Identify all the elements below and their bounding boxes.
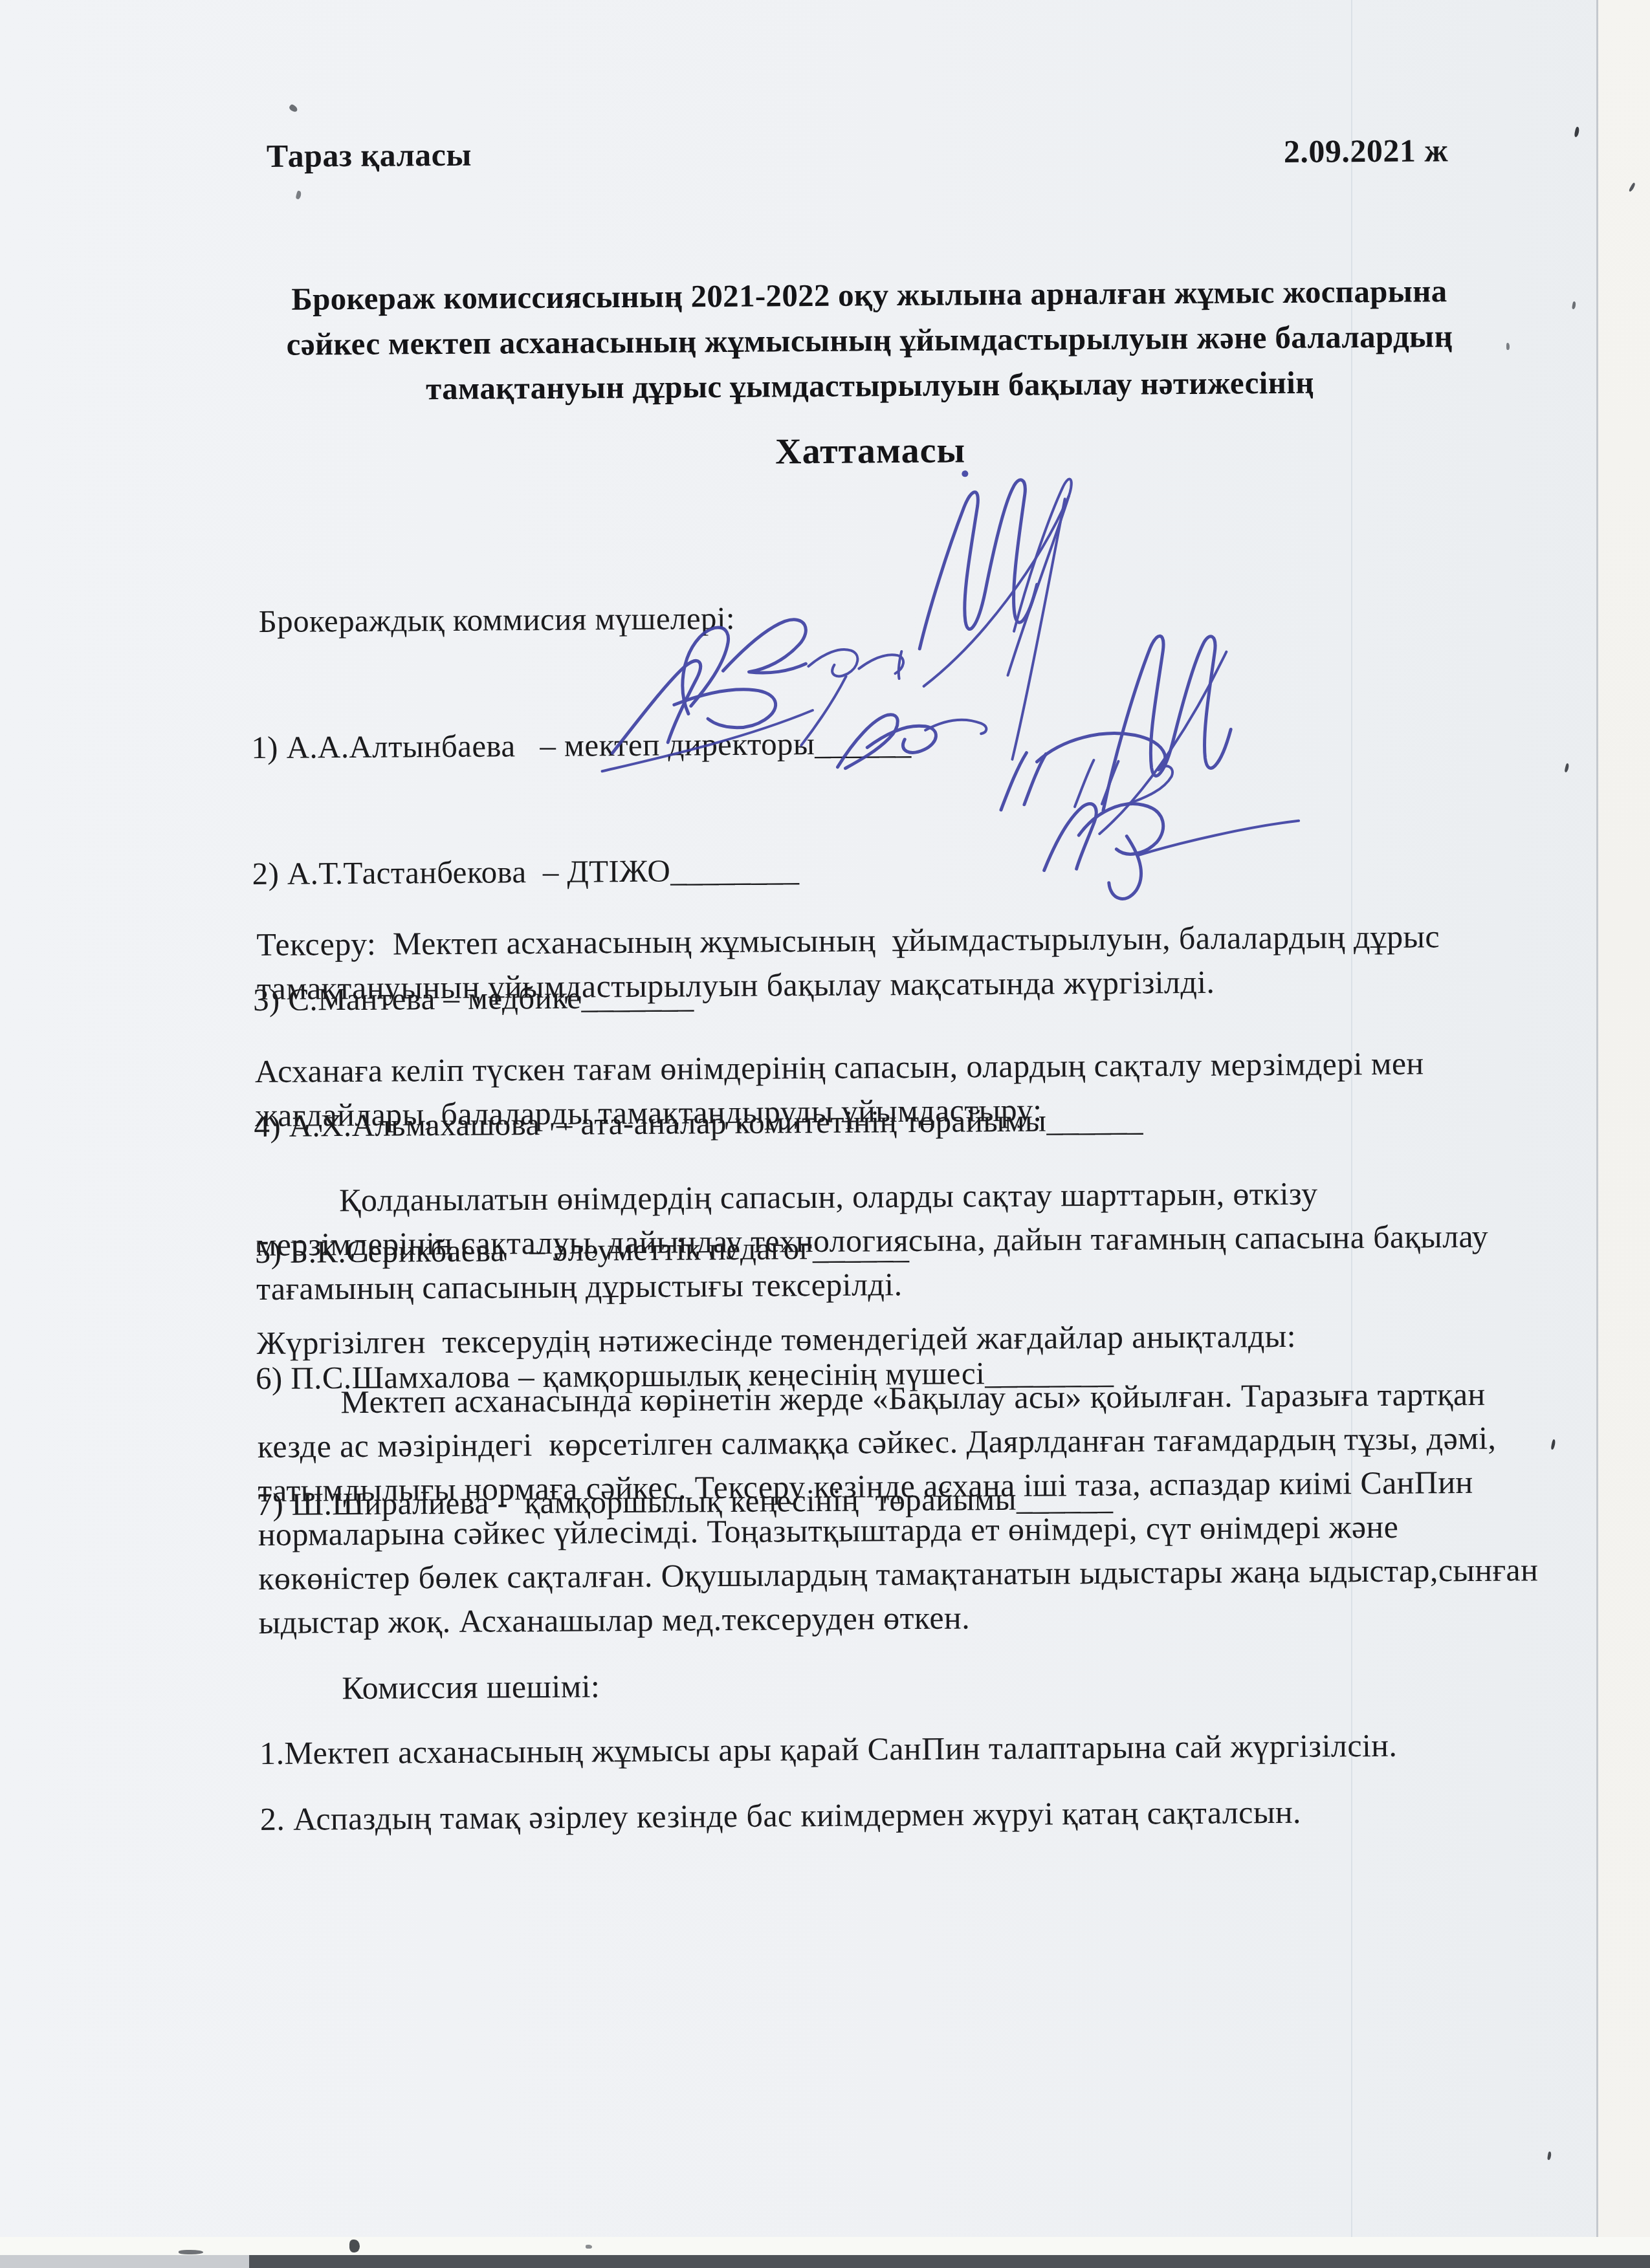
ink-dot (962, 470, 968, 477)
paragraph-result-intro: Жүргізілген тексерудің нәтижесінде төмен… (256, 1314, 1296, 1365)
member-line-altynbaeva: 1) А.А.Алтынбаева – мектеп директоры____… (251, 720, 1141, 769)
decision-heading: Комиссия шешімі: (342, 1664, 600, 1710)
scan-speck (1506, 343, 1510, 350)
scan-speck (179, 2250, 203, 2254)
document-title: Брокераж комиссиясының 2021-2022 оқу жыл… (190, 268, 1549, 413)
scanned-protocol-page: Тараз қаласы 2.09.2021 ж Брокераж комисс… (0, 0, 1650, 2268)
scan-speck (349, 2240, 360, 2252)
paragraph-findings: Мектеп асханасында көрінетін жерде «Бақы… (257, 1371, 1539, 1644)
decision-item-2: 2. Аспаздың тамақ әзірлеу кезінде бас ки… (260, 1790, 1302, 1841)
city-label: Тараз қаласы (267, 136, 472, 175)
document-content: Тараз қаласы 2.09.2021 ж Брокераж комисс… (0, 0, 1650, 2268)
date-label: 2.09.2021 ж (1284, 131, 1449, 170)
scan-speck (586, 2245, 592, 2249)
paragraph-incoming-products: Асханаға келіп түскен тағам өнімдерінің … (255, 1041, 1425, 1137)
paragraph-quality-check: Қолданылатын өнімдердің сапасын, оларды … (256, 1170, 1489, 1311)
decision-item-1: 1.Мектеп асханасының жұмысы ары қарай Са… (259, 1723, 1398, 1775)
paragraph-inspection: Тексеру: Мектеп асханасының жұмысының ұй… (256, 914, 1440, 1010)
member-line-tastanbekova: 2) А.Т.Тастанбекова – ДТІЖО________ (252, 846, 1141, 895)
protocol-heading: Хаттамасы (191, 426, 1550, 477)
members-intro: Брокераждық коммисия мүшелері: (250, 594, 1140, 642)
